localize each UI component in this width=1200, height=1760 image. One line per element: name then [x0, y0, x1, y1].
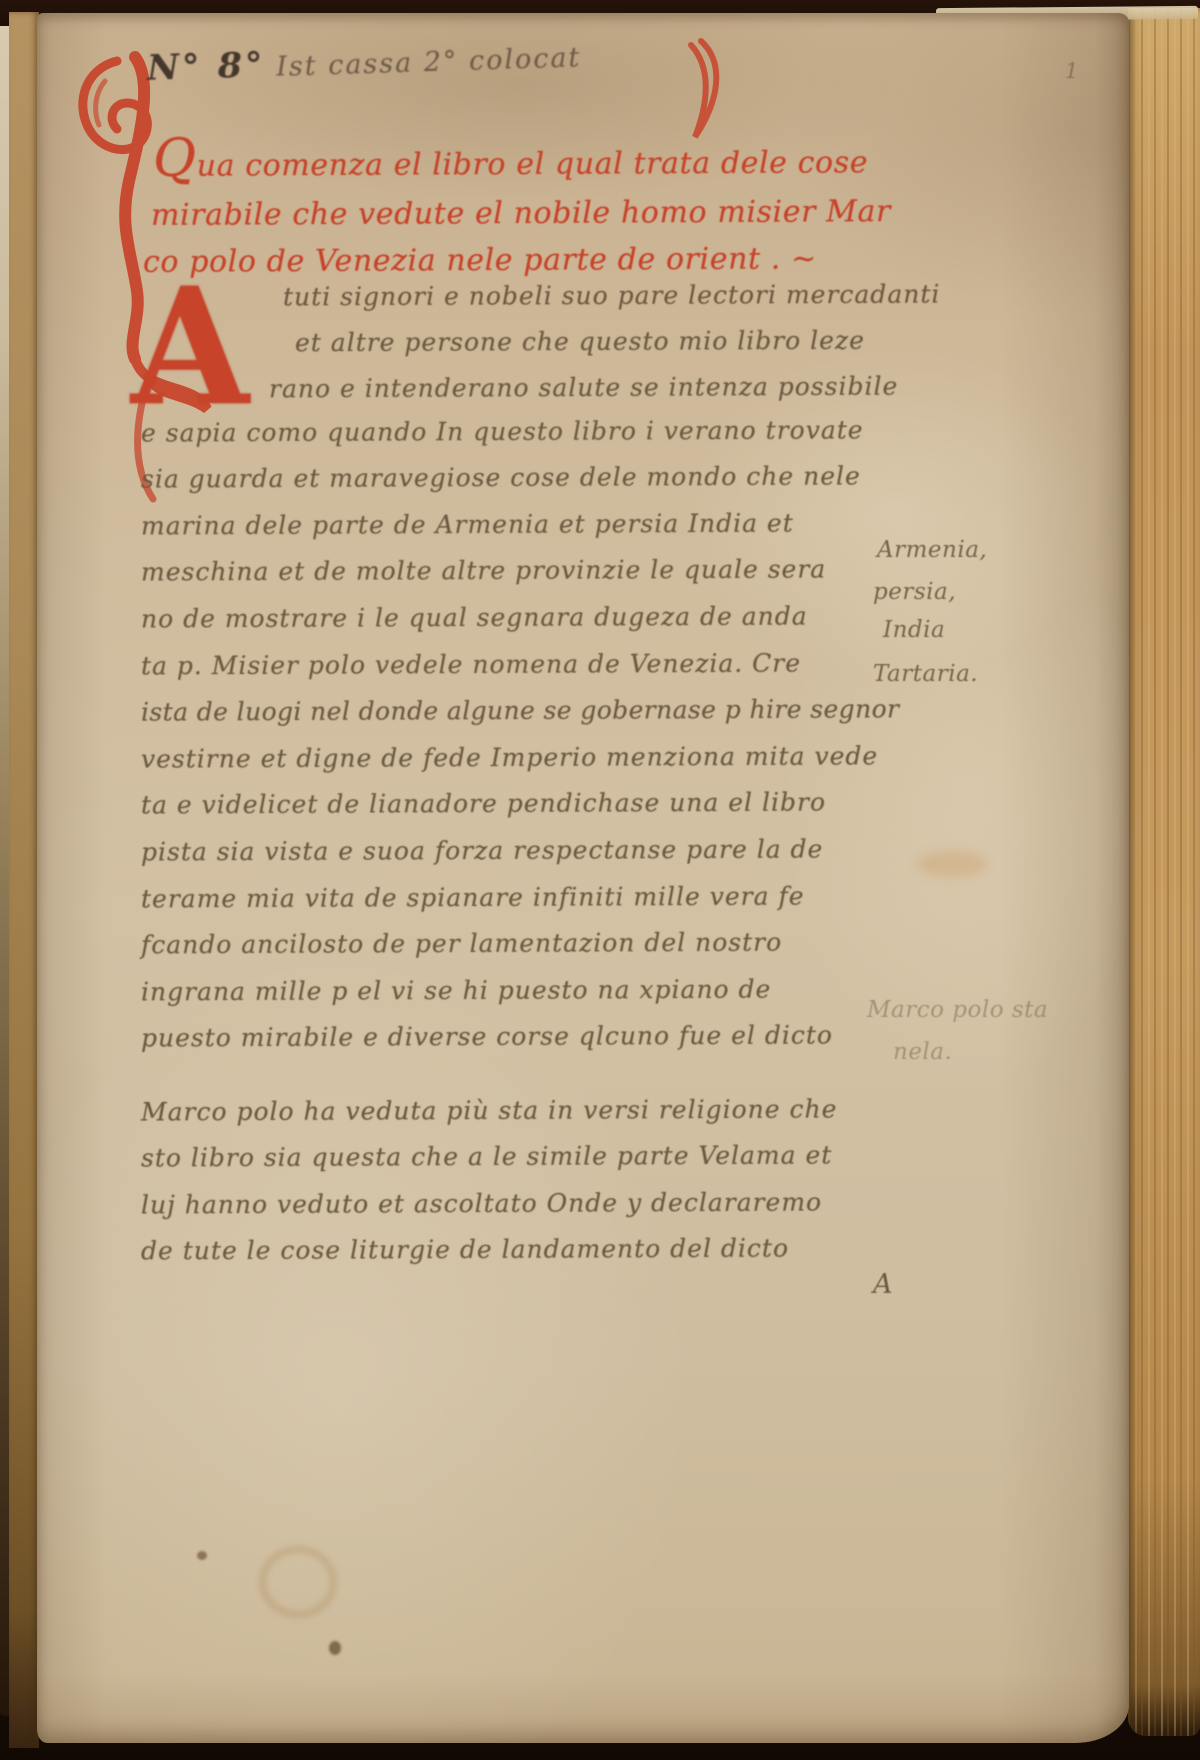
body-line: fcando ancilosto de per lamentazion del … — [141, 928, 782, 960]
body-line: ta e videlicet de lianadore pendichase u… — [141, 788, 826, 820]
body-line: puesto mirabile e diverse corse qlcuno f… — [141, 1020, 833, 1052]
rubric-line: Qua comenza el libro el qual trata dele … — [153, 139, 868, 184]
parchment-page: N° 8° Ist cassa 2° colocat 1 Qua comenza… — [37, 13, 1129, 1743]
body-line: marina dele parte de Armenia et persia I… — [141, 509, 794, 541]
body-line: Marco polo ha veduta più sta in versi re… — [141, 1094, 837, 1126]
margin-note-persia: persia, — [873, 579, 956, 605]
binding-edge — [9, 12, 39, 1748]
margin-note-reader: Marco polo sta — [867, 997, 1048, 1023]
body-line: meschina et de molte altre provinzie le … — [141, 555, 826, 587]
manuscript-photo: N° 8° Ist cassa 2° colocat 1 Qua comenza… — [0, 0, 1200, 1760]
rubric-line: mirabile che vedute el nobile homo misie… — [151, 194, 891, 233]
stain-ring — [259, 1546, 337, 1618]
margin-note-reader: nela. — [893, 1039, 952, 1065]
body-line: no de mostrare i le qual segnara dugeza … — [141, 602, 808, 634]
margin-note-india: India — [883, 617, 945, 643]
catchword-letter: A — [873, 1269, 893, 1300]
red-paraph-mark — [673, 37, 743, 147]
body-line: terame mia vita de spianare infiniti mil… — [141, 882, 805, 914]
ochre-smudge — [917, 851, 987, 877]
body-line: pista sia vista e suoa forza respectanse… — [141, 835, 823, 867]
margin-note-armenia: Armenia, — [877, 537, 987, 563]
body-line: ingrana mille p el vi se hi puesto na xp… — [141, 975, 771, 1007]
body-line: sia guarda et maravegiose cose dele mond… — [141, 461, 861, 493]
folio-number: 1 — [1065, 59, 1078, 83]
body-line: et altre persone che questo mio libro le… — [295, 326, 865, 357]
illuminated-initial: A — [131, 266, 249, 427]
fore-edge-pages — [1128, 8, 1200, 1736]
body-line: vestirne et digne de fede Imperio menzio… — [141, 741, 878, 773]
margin-note-tartaria: Tartaria. — [873, 661, 978, 687]
body-line: luj hanno veduto et ascoltato Onde y dec… — [141, 1188, 822, 1220]
body-line: de tute le cose liturgie de landamento d… — [141, 1234, 789, 1266]
body-line: ista de luogi nel donde algune se gobern… — [141, 694, 899, 726]
shelfmark-inscription: N° 8° Ist cassa 2° colocat — [146, 34, 581, 89]
body-line: ta p. Misier polo vedele nomena de Venez… — [141, 649, 801, 681]
shelfmark-number: N° 8° — [146, 44, 266, 89]
body-line: rano e intenderano salute se intenza pos… — [269, 372, 898, 404]
ink-speck — [197, 1551, 207, 1560]
shelfmark-note: Ist cassa 2° colocat — [276, 42, 582, 83]
body-line: sto libro sia questa che a le simile par… — [141, 1140, 832, 1172]
ink-speck — [329, 1641, 341, 1655]
body-line: e sapia como quando In questo libro i ve… — [141, 415, 864, 447]
body-line: tuti signori e nobeli suo pare lectori m… — [283, 280, 940, 312]
